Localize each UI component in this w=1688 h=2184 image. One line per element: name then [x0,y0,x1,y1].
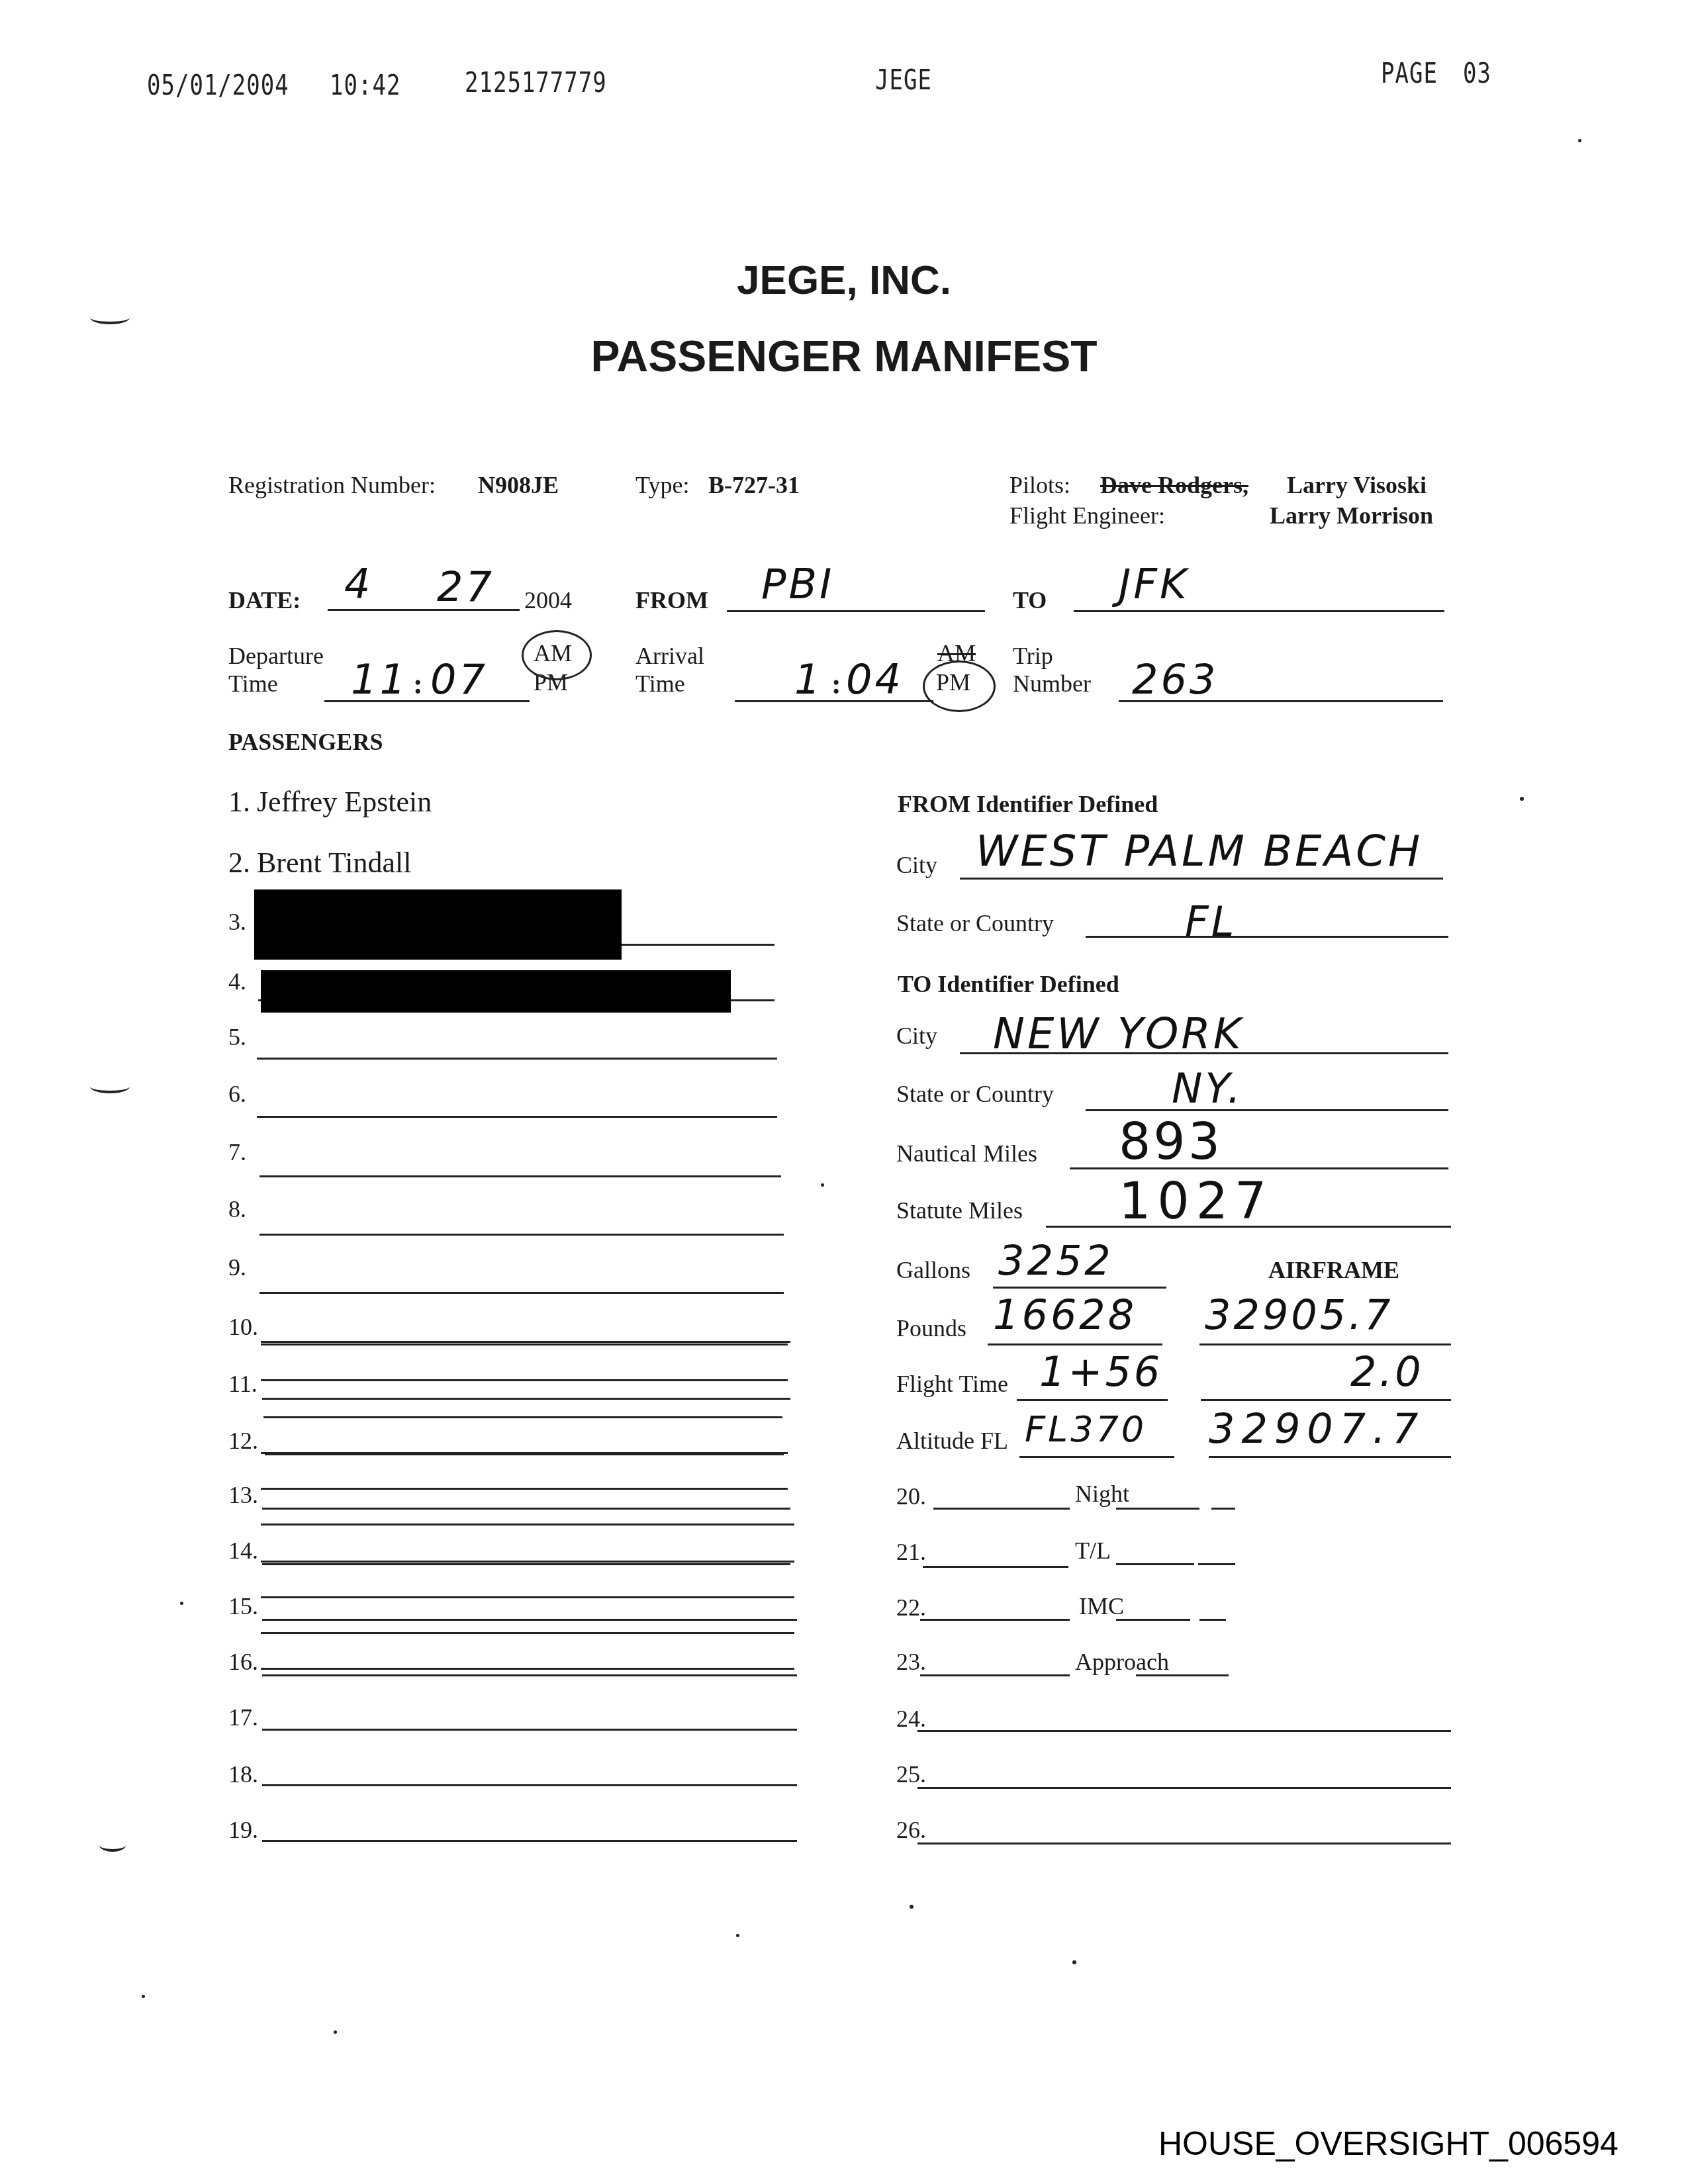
passenger-field-line[interactable] [261,1561,794,1563]
engineer-label: Flight Engineer: [1009,502,1165,529]
passenger-number: 8. [228,1195,246,1223]
to-identifier-heading: TO Identifier Defined [898,970,1119,998]
tl-line-1[interactable] [1116,1563,1194,1565]
passenger-field-line[interactable] [261,1524,794,1525]
passenger-number: 9. [228,1253,246,1281]
passenger-field-line[interactable] [262,1674,797,1676]
fax-date: 05/01/2004 [147,69,289,102]
passenger-number: 16. [228,1648,258,1676]
airframe-add-line [1201,1399,1451,1401]
passenger-field-line[interactable] [261,1596,794,1598]
passenger-field-line[interactable] [917,1730,1451,1732]
airframe-add-value[interactable]: 2.0 [1350,1347,1424,1396]
from-label: FROM [635,586,708,614]
departure-am-circle [522,630,592,680]
passenger-field-line[interactable] [259,1175,781,1177]
from-city-line [960,878,1443,880]
passenger-number: 19. [228,1816,258,1844]
pilot-1: Dave Rodgers, [1100,471,1248,499]
airframe-end-line [1209,1456,1451,1458]
nautical-miles-value[interactable]: 893 [1119,1112,1223,1171]
arrival-minute[interactable]: 04 [846,655,904,704]
passenger-number: 1. [228,785,250,819]
statute-miles-label: Statute Miles [896,1197,1023,1224]
to-city-value[interactable]: NEW YORK [993,1010,1244,1059]
scan-speck [1578,139,1581,142]
to-label: TO [1013,586,1047,614]
passenger-number: 14. [228,1537,258,1565]
passenger-field-line[interactable] [257,1116,777,1118]
tl-line-2[interactable] [1198,1563,1235,1565]
passenger-field-line[interactable] [261,1668,794,1670]
statute-miles-value[interactable]: 1027 [1119,1171,1273,1230]
registration-label: Registration Number: [228,471,436,499]
fax-time: 10:42 [330,69,400,102]
scan-speck [736,1934,739,1937]
tl-label: T/L [1075,1537,1111,1565]
arrival-pm-circle [923,660,996,712]
imc-line-2[interactable] [1199,1619,1226,1621]
airframe-start-value[interactable]: 32905.7 [1205,1291,1393,1339]
passenger-number: 7. [228,1138,246,1166]
passenger-field-line[interactable] [917,1843,1451,1844]
passenger-number: 24. [896,1705,926,1733]
to-state-line [1086,1109,1448,1111]
passenger-field-line[interactable] [917,1787,1451,1789]
passenger-field-line[interactable] [262,1508,790,1510]
passenger-number: 20. [896,1482,926,1510]
from-state-label: State or Country [896,909,1054,937]
passenger-name[interactable]: Jeffrey Epstein [257,785,432,819]
night-line-2[interactable] [1211,1508,1235,1510]
passenger-field-line[interactable] [923,1566,1068,1568]
altitude-label: Altitude FL [896,1427,1008,1455]
date-month[interactable]: 4 [344,560,373,608]
from-city-label: City [896,851,937,879]
passenger-number: 22. [896,1594,926,1621]
passenger-number: 5. [228,1023,246,1051]
trip-number[interactable]: 263 [1132,655,1218,704]
engineer-value: Larry Morrison [1270,502,1433,529]
passenger-field-line[interactable] [262,1563,790,1565]
passenger-number: 6. [228,1080,246,1108]
departure-colon: : [413,667,423,701]
passengers-heading: PASSENGERS [228,728,383,756]
passenger-field-line[interactable] [262,1784,797,1786]
airframe-heading: AIRFRAME [1268,1256,1399,1284]
redaction-block [254,889,622,960]
passenger-number: 13. [228,1481,258,1509]
passenger-number: 11. [228,1370,258,1398]
passenger-field-line[interactable] [933,1508,1070,1510]
approach-line[interactable] [1136,1674,1229,1676]
night-line-1[interactable] [1116,1508,1199,1510]
altitude-line [1019,1456,1174,1458]
passenger-field-line[interactable] [261,1341,790,1343]
pounds-value[interactable]: 16628 [993,1291,1137,1339]
flight-time-label: Flight Time [896,1370,1008,1398]
passenger-number: 3. [228,908,246,936]
airframe-end-value[interactable]: 32907.7 [1209,1404,1425,1453]
arrival-label: Arrival [635,642,704,670]
passenger-field-line[interactable] [920,1619,1070,1621]
airframe-start-line [1199,1343,1451,1345]
pounds-line [988,1343,1162,1345]
gallons-line [993,1287,1166,1289]
passenger-number: 17. [228,1704,258,1731]
trip-label: Trip [1013,642,1053,670]
imc-label: IMC [1079,1592,1124,1620]
passenger-field-line[interactable] [263,1416,782,1418]
passenger-number: 23. [896,1648,926,1676]
arrival-hour[interactable]: 1 [794,655,823,704]
fax-phone: 2125177779 [465,66,607,99]
from-state-value[interactable]: FL [1185,897,1237,946]
departure-label: Departure [228,642,324,670]
scan-mark [90,1080,130,1093]
form-title: PASSENGER MANIFEST [0,331,1688,381]
passenger-field-line[interactable] [261,1632,794,1634]
pilot-2: Larry Visoski [1287,471,1427,499]
departure-label-2: Time [228,670,278,698]
passenger-field-line[interactable] [262,1840,797,1842]
gallons-label: Gallons [896,1256,970,1284]
departure-hour[interactable]: 11 [351,655,408,704]
trip-label-2: Number [1013,670,1091,698]
passenger-field-line[interactable] [261,1488,788,1490]
passenger-number: 10. [228,1313,258,1341]
type-label: Type: [635,471,689,499]
passenger-field-line[interactable] [920,1674,1070,1676]
date-label: DATE: [228,586,301,614]
from-city-value[interactable]: WEST PALM BEACH [976,827,1423,876]
passenger-field-line[interactable] [261,1343,788,1345]
flight-time-line [1017,1399,1168,1401]
passenger-name[interactable]: Brent Tindall [257,846,412,880]
departure-minute[interactable]: 07 [430,655,488,704]
passenger-field-line[interactable] [261,1379,788,1381]
scan-speck [180,1602,183,1605]
from-value[interactable]: PBI [761,560,834,608]
redaction-block [261,970,731,1013]
nautical-miles-label: Nautical Miles [896,1140,1037,1167]
scan-speck [142,1995,145,1998]
bates-number: HOUSE_OVERSIGHT_006594 [1158,2124,1618,2163]
type-value: B-727-31 [708,471,800,499]
passenger-number: 21. [896,1538,926,1566]
from-state-line [1086,936,1448,938]
passenger-field-line[interactable] [259,1292,784,1294]
passenger-number: 15. [228,1592,258,1620]
scan-speck [334,2030,337,2034]
fax-page-label: PAGE [1381,57,1438,90]
passenger-number: 4. [228,968,246,995]
to-city-label: City [896,1022,937,1050]
passenger-number: 12. [228,1427,258,1455]
from-identifier-heading: FROM Identifier Defined [898,790,1158,818]
altitude-value[interactable]: FL370 [1025,1408,1147,1450]
passenger-number: 2. [228,846,250,880]
arrival-label-2: Time [635,670,685,698]
passenger-field-line[interactable] [265,1453,784,1455]
arrival-colon: : [831,667,841,701]
scan-speck [910,1905,914,1909]
date-year: 2004 [524,586,572,614]
passenger-field-line[interactable] [257,1058,777,1060]
passenger-field-line[interactable] [262,1398,790,1400]
passenger-field-line[interactable] [262,1619,797,1621]
scan-speck [1520,797,1524,801]
passenger-field-line[interactable] [262,1729,797,1731]
scan-speck [821,1183,824,1187]
gallons-value[interactable]: 3252 [998,1236,1113,1285]
scan-mark [99,1839,126,1852]
to-field-line [1074,610,1444,612]
company-name: JEGE, INC. [0,257,1688,304]
registration-value: N908JE [478,471,559,499]
scan-mark [90,311,130,324]
to-value[interactable]: JFK [1119,560,1190,608]
scan-speck [1072,1960,1076,1964]
passenger-number: 18. [228,1760,258,1788]
approach-label: Approach [1075,1648,1169,1676]
night-label: Night [1075,1480,1129,1508]
pounds-label: Pounds [896,1314,966,1342]
date-day[interactable]: 27 [437,563,494,611]
passenger-number: 26. [896,1816,926,1844]
passenger-field-line[interactable] [259,1234,784,1236]
fax-page-number: 03 [1463,57,1491,90]
to-state-value[interactable]: NY. [1172,1064,1243,1113]
imc-line-1[interactable] [1116,1619,1190,1621]
fax-sender: JEGE [875,64,932,97]
from-field-line [727,610,985,612]
passenger-number: 25. [896,1760,926,1788]
flight-time-value[interactable]: 1+56 [1039,1347,1162,1396]
pilots-label: Pilots: [1009,471,1070,499]
to-state-label: State or Country [896,1080,1054,1108]
